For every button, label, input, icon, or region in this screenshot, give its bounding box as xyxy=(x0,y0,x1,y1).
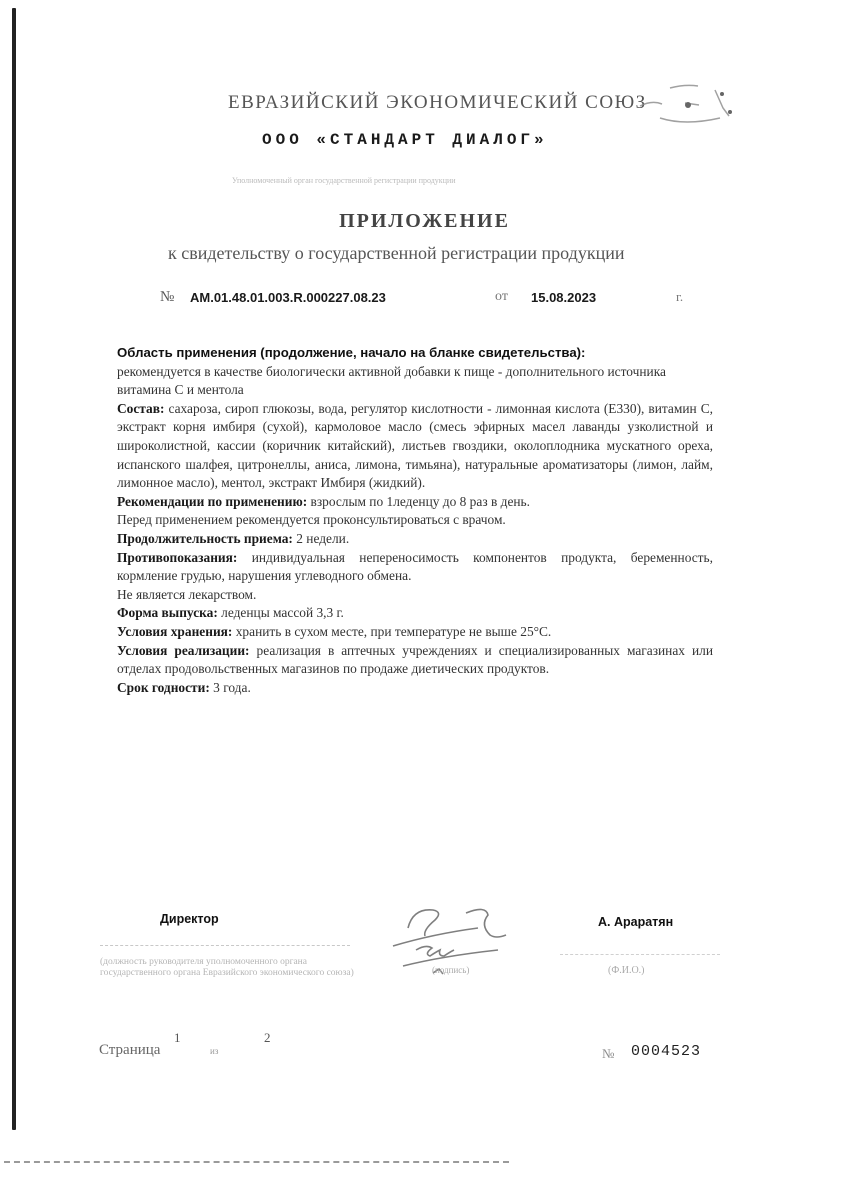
director-rule xyxy=(100,945,350,946)
registration-number: AM.01.48.01.003.R.000227.08.23 xyxy=(190,290,386,305)
registration-line: № AM.01.48.01.003.R.000227.08.23 от 15.0… xyxy=(0,289,849,311)
page-left-border xyxy=(12,8,16,1130)
document-subtitle: к свидетельству о государственной регист… xyxy=(168,243,624,264)
authority-line: Уполномоченный орган государственной рег… xyxy=(232,176,612,185)
name-rule xyxy=(560,954,720,955)
signature-caption: (подпись) xyxy=(432,965,469,975)
section-not-medicine: Не является лекарством. xyxy=(117,586,713,605)
document-title: ПРИЛОЖЕНИЕ xyxy=(0,210,849,233)
from-label: от xyxy=(495,289,508,305)
number-sign: № xyxy=(160,289,174,306)
serial-number: 0004523 xyxy=(631,1043,701,1060)
section-shelf-life: Срок годности: 3 года. xyxy=(117,679,713,698)
section-sale: Условия реализации: реализация в аптечны… xyxy=(117,642,713,679)
year-suffix: г. xyxy=(676,289,683,305)
director-title: Директор xyxy=(160,912,219,926)
section-scope-heading: Область применения (продолжение, начало … xyxy=(117,344,713,363)
page-of-label: из xyxy=(210,1046,218,1056)
document-body: Область применения (продолжение, начало … xyxy=(117,344,713,697)
section-contraindications: Противопоказания: индивидуальная неперен… xyxy=(117,549,713,586)
serial-sign: № xyxy=(602,1046,614,1062)
section-consult: Перед применением рекомендуется проконсу… xyxy=(117,511,713,530)
stamp-icon xyxy=(630,78,745,133)
section-usage: Рекомендации по применению: взрослым по … xyxy=(117,493,713,512)
registration-date: 15.08.2023 xyxy=(531,290,596,305)
section-composition: Состав: сахароза, сироп глюкозы, вода, р… xyxy=(117,400,713,493)
section-storage: Условия хранения: хранить в сухом месте,… xyxy=(117,623,713,642)
page-label: Страница xyxy=(99,1042,160,1059)
page-bottom-rule xyxy=(4,1161,509,1163)
company-name: ООО «СТАНДАРТ ДИАЛОГ» xyxy=(262,131,548,149)
section-duration: Продолжительность приема: 2 недели. xyxy=(117,530,713,549)
director-caption: (должность руководителя уполномоченного … xyxy=(100,957,360,979)
page-total: 2 xyxy=(264,1030,271,1046)
union-header: ЕВРАЗИЙСКИЙ ЭКОНОМИЧЕСКИЙ СОЮЗ xyxy=(228,92,647,114)
section-form: Форма выпуска: леденцы массой 3,3 г. xyxy=(117,604,713,623)
name-caption: (Ф.И.О.) xyxy=(608,965,645,976)
page-current: 1 xyxy=(174,1030,181,1046)
section-scope-text: рекомендуется в качестве биологически ак… xyxy=(117,363,713,400)
signer-name: А. Араратян xyxy=(598,915,673,929)
